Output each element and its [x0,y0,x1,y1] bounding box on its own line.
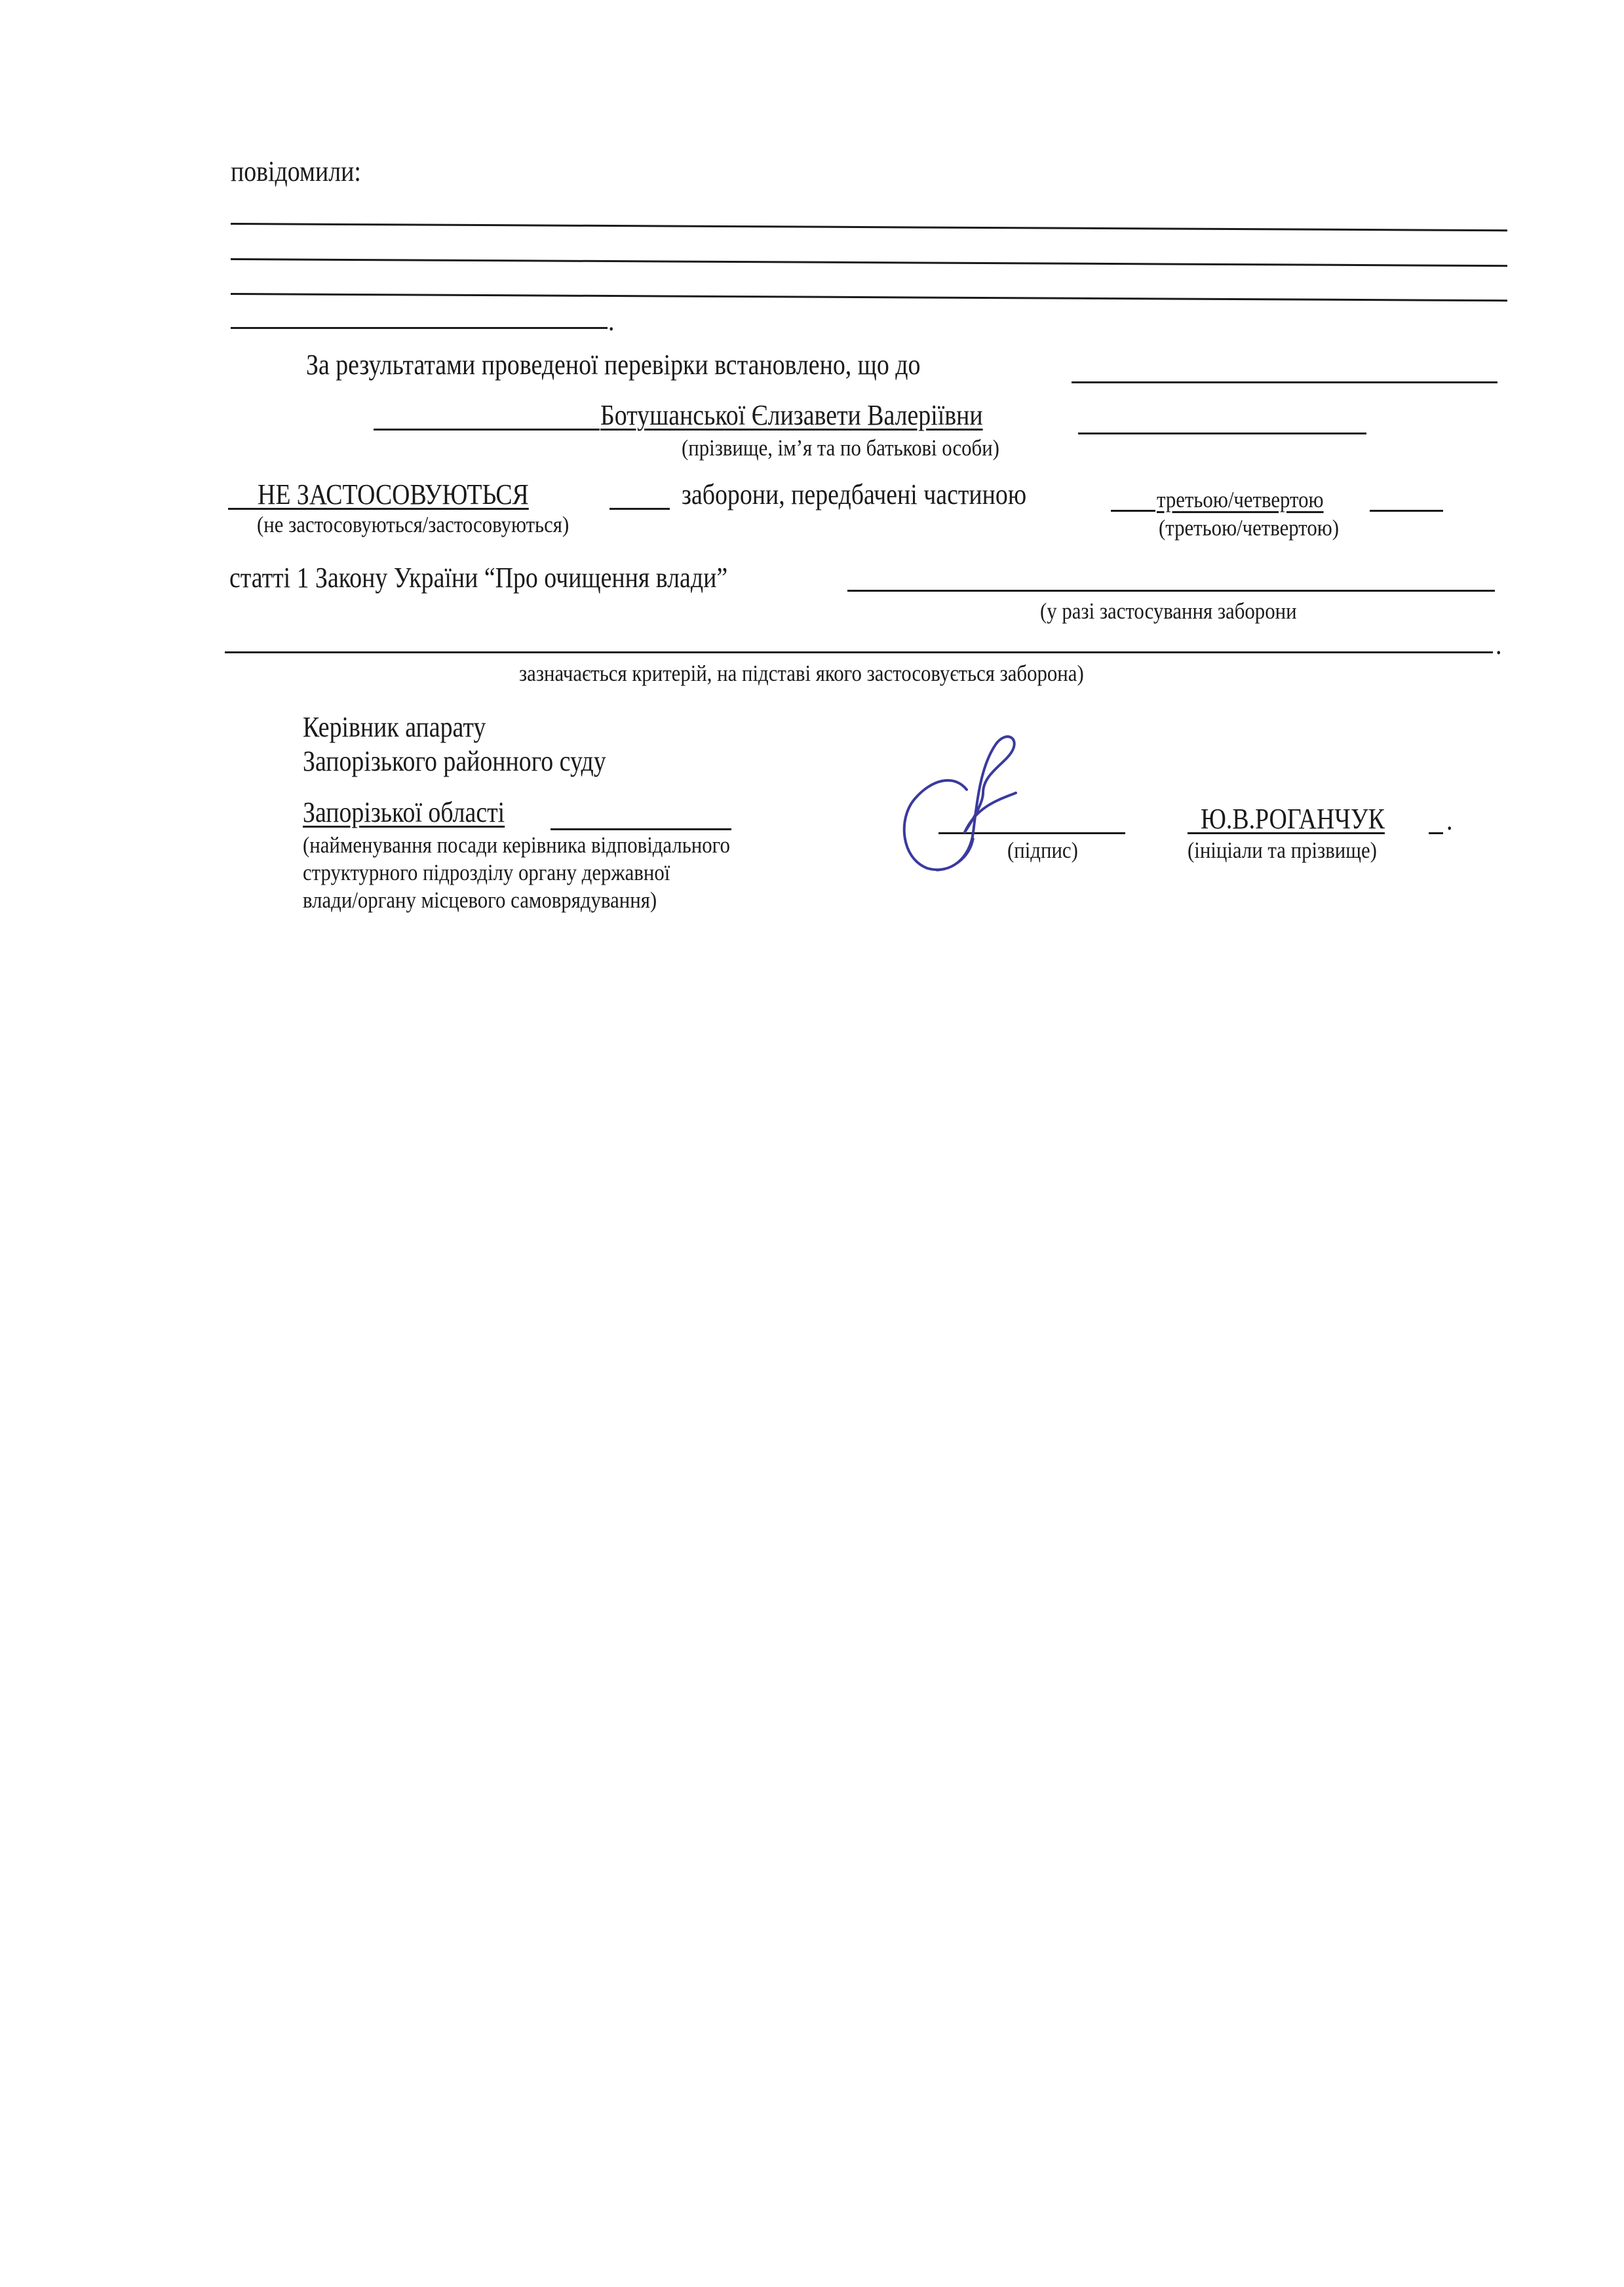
applicability-caption: (не застосовуються/застосовуються) [257,513,569,536]
person-name: Ботушанської Єлизавети Валеріївни [600,401,983,430]
applicability-value: НЕ ЗАСТОСОВУЮТЬСЯ [258,480,529,509]
signatory-position-line-3: Запорізької області [303,798,505,827]
part-value: третьою/четвертою [1157,488,1323,511]
intro-label: повідомили: [231,157,361,186]
applicability-trail-line [609,508,670,510]
name-lead-line [374,429,600,431]
blank-line-3 [231,293,1507,301]
part-lead-line [1111,510,1155,512]
blank-line-2 [231,258,1507,267]
criterion-caption-2: зазначається критерій, на підставі якого… [519,662,1084,685]
signatory-name: Ю.В.РОГАНЧУК [1201,805,1385,834]
part-trail-line [1370,510,1443,512]
name-lead-underscore [1188,832,1201,834]
applicability-lead-line [228,508,258,510]
criterion-line-1 [847,590,1495,592]
blank-line-after-do [1072,381,1498,383]
person-name-caption: (прізвище, ім’я та по батькові особи) [682,436,999,459]
signature-caption: (підпис) [1007,839,1078,862]
name-period: . [1446,806,1452,835]
position-caption-2: структурного підрозділу органу державної [303,861,670,884]
position-caption-1: (найменування посади керівника відповіда… [303,834,730,856]
blank-line-1 [231,223,1507,231]
name-trail-line [1078,432,1366,434]
name-trail-underscore [1429,832,1443,834]
position-trail-line [551,828,731,830]
law-reference: статті 1 Закону України “Про очищення вл… [229,564,727,592]
prohibitions-text: заборони, передбачені частиною [682,480,1026,509]
signatory-position-line-2: Запорізького районного суду [303,747,606,776]
criterion-caption-1: (у разі застосування заборони [1040,600,1297,623]
position-caption-3: влади/органу місцевого самоврядування) [303,889,657,912]
line-end-period: . [608,307,614,336]
part-caption: (третьою/четвертою) [1159,516,1339,539]
result-sentence: За результатами проведеної перевірки вст… [306,351,920,379]
criterion-line-2 [225,651,1493,653]
signatory-position-line-1: Керівник апарату [303,713,486,742]
criterion-line-period: . [1496,630,1501,659]
blank-line-4 [231,327,608,329]
signatory-name-caption: (ініціали та прізвище) [1188,839,1377,862]
